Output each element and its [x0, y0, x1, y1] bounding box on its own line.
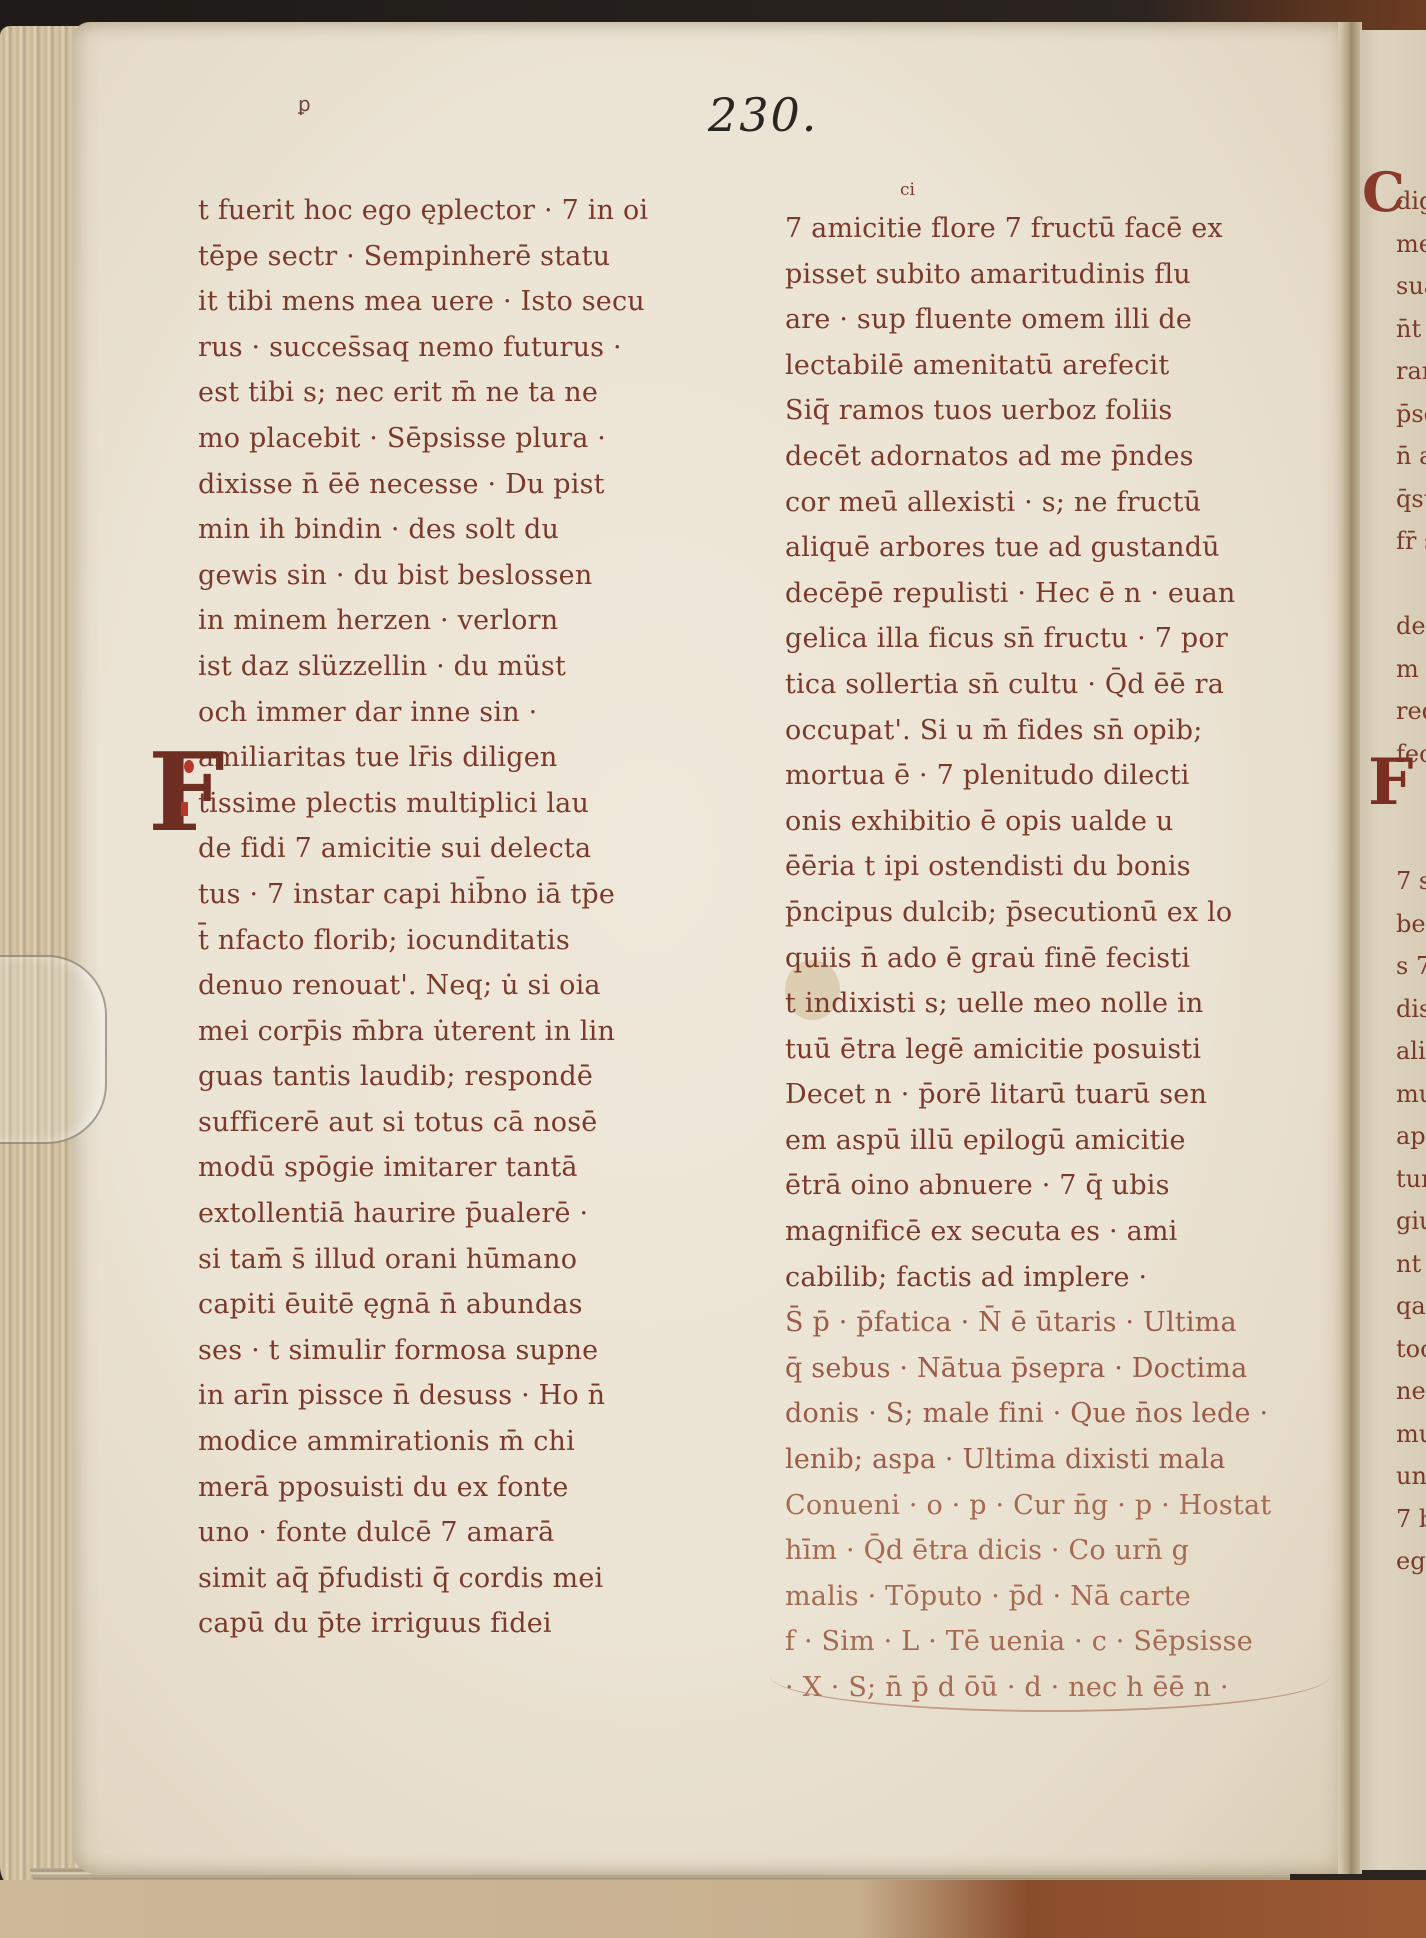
next-page-fragment: digramei desuā 7 on̄t earare 7p̄sequn̄ a… [1360, 30, 1426, 1870]
rubric-line: malis · Tōputo · p̄d · Nā carte [785, 1574, 1345, 1620]
text-line: cabilib; factis ad implere · [785, 1255, 1345, 1301]
next-page-line [1366, 563, 1426, 606]
text-line: modice ammirationis m̄ chi [198, 1419, 758, 1465]
text-line: tica sollertia sn̄ cultu · Q̄d ēē ra [785, 662, 1345, 708]
next-page-line: giust [1366, 1200, 1426, 1243]
text-line: in minem herzen · verlorn [198, 598, 758, 644]
text-line: modū spōgie imitarer tantā [198, 1145, 758, 1191]
next-page-initial-f: F [1368, 745, 1413, 820]
text-line: it tibi mens mea uere · Isto secu [198, 279, 758, 325]
next-page-line: ture [1366, 1158, 1426, 1201]
rubric-line: q̄ sebus · Nātua p̄sepra · Doctima [785, 1346, 1345, 1392]
text-line: ses · t simulir formosa supne [198, 1328, 758, 1374]
text-line: ēēria t ipi ostendisti du bonis [785, 844, 1345, 890]
text-line: simit aq̄ p̄fudisti q̄ cordis mei [198, 1556, 758, 1602]
next-page-line: m · 7 pl [1366, 648, 1426, 691]
text-line: extollentiā haurire p̄ualerē · [198, 1191, 758, 1237]
text-line: si tam̄ s̄ illud orani hūmano [198, 1237, 758, 1283]
text-line: tēpe sectr · Sempinherē statu [198, 234, 758, 280]
next-page-line [1366, 818, 1426, 861]
next-page-line: beter [1366, 903, 1426, 946]
text-line: 7 amicitie flore 7 fructū facē ex [785, 206, 1345, 252]
text-line: pisset subito amaritudinis flu [785, 252, 1345, 298]
interlinear-gloss: ci [900, 180, 915, 200]
next-page-line: s 7 omi [1366, 945, 1426, 988]
text-line: cor meū allexisti · s; ne fructū [785, 480, 1345, 526]
text-line: merā pposuisti du ex fonte [198, 1465, 758, 1511]
text-line: tissime plectis multiplici lau [198, 781, 758, 827]
text-line: magnificē ex secuta es · ami [785, 1209, 1345, 1255]
next-page-line: toc [1366, 1328, 1426, 1371]
next-page-line: fr̄ su [1366, 520, 1426, 563]
text-line: rus · succes̄saq nemo futurus · [198, 325, 758, 371]
text-line: min ih bindin · des solt du [198, 507, 758, 553]
text-line: in arīn pissce n̄ desuss · Ho n̄ [198, 1373, 758, 1419]
text-line: Siq̄ ramos tuos uerboz foliis [785, 388, 1345, 434]
text-line: uno · fonte dulcē 7 amarā [198, 1510, 758, 1556]
text-line: tuū ētra legē amicitie posuisti [785, 1027, 1345, 1073]
next-page-line: apari [1366, 1115, 1426, 1158]
text-line: sufficerē aut si totus cā nosē [198, 1100, 758, 1146]
next-page-line: ne [1366, 1370, 1426, 1413]
text-line: guas tantis laudib; respondē [198, 1054, 758, 1100]
next-page-line: suā 7 o [1366, 265, 1426, 308]
backdrop-bottom [0, 1880, 1426, 1938]
text-line: t indixisti s; uelle meo nolle in [785, 981, 1345, 1027]
text-line: de fidi 7 amicitie sui delecta [198, 826, 758, 872]
text-line: t̄ nfacto florib; iocunditatis [198, 918, 758, 964]
text-line: tus · 7 instar capi hib̄no iā tp̄e [198, 872, 758, 918]
right-text-column: 7 amicitie flore 7 fructū facē expisset … [785, 206, 1345, 1711]
text-line: Decet n · p̄orē litarū tuarū sen [785, 1072, 1345, 1118]
text-line: dixisse n̄ ēē necesse · Du pist [198, 462, 758, 508]
text-line: aliquē arbores tue ad gustandū [785, 525, 1345, 571]
text-line: mortua ē · 7 plenitudo dilecti [785, 753, 1345, 799]
next-page-initial-c: C [1362, 160, 1405, 224]
next-page-line: dise [1366, 988, 1426, 1031]
text-line: are · sup fluente omem illi de [785, 297, 1345, 343]
text-line: capū du p̄te irriguus fidei [198, 1601, 758, 1647]
next-page-line: rare 7 [1366, 350, 1426, 393]
pen-flourish-line [770, 1640, 1330, 1712]
text-line: em aspū illū epilogū amicitie [785, 1118, 1345, 1164]
rubric-line: hīm · Q̄d ētra dicis · Co urn̄ g [785, 1528, 1345, 1574]
next-page-line: n̄ abb [1366, 435, 1426, 478]
text-line: capiti ēuitē ęgnā n̄ abundas [198, 1282, 758, 1328]
rubric-line: donis · S; male fini · Que n̄os lede · [785, 1391, 1345, 1437]
next-page-line: mus [1366, 1073, 1426, 1116]
text-line: decēpē repulisti · Hec ē n · euan [785, 571, 1345, 617]
next-page-line: deber [1366, 605, 1426, 648]
folio-number: 230. [708, 88, 818, 142]
text-line: t fuerit hoc ego ęplector · 7 in oi [198, 188, 758, 234]
text-line: ist daz slüzzellin · du müst [198, 644, 758, 690]
page-clip-holder [0, 955, 107, 1144]
text-line: mo placebit · Sēpsisse plura · [198, 416, 758, 462]
text-line: amiliaritas tue lr̄is diligen [198, 735, 758, 781]
red-dot-ornament [184, 760, 194, 773]
top-margin-mark: ꝑ [298, 92, 311, 116]
next-page-line: nt e [1366, 1243, 1426, 1286]
next-page-line: mu [1366, 1413, 1426, 1456]
decorated-initial-f: F [148, 738, 225, 848]
next-page-line: eg [1366, 1540, 1426, 1583]
next-page-line: p̄sequ [1366, 393, 1426, 436]
text-line: est tibi s; nec erit m̄ ne ta ne [198, 370, 758, 416]
next-page-text: digramei desuā 7 on̄t earare 7p̄sequn̄ a… [1366, 180, 1426, 1583]
next-page-line: uni [1366, 1455, 1426, 1498]
next-page-line: n̄t ea [1366, 308, 1426, 351]
text-line: lectabilē amenitatū arefecit [785, 343, 1345, 389]
next-page-line: 7 sep [1366, 860, 1426, 903]
next-page-line: mei de [1366, 223, 1426, 266]
rubric-line: S̄ p̄ · p̄fatica · N̄ ē ūtaris · Ultima [785, 1300, 1345, 1346]
rubric-line: lenib; aspa · Ultima dixisti mala [785, 1437, 1345, 1483]
text-line: denuo renouat'. Neq; u̇ si oia [198, 963, 758, 1009]
next-page-line: alin [1366, 1030, 1426, 1073]
text-line: quiis n̄ ado ē grau̇ finē fecisti [785, 936, 1345, 982]
text-line: decēt adornatos ad me p̄ndes [785, 434, 1345, 480]
rubric-line: Conueni · o · p · Cur n̄g · p · Hostat [785, 1483, 1345, 1529]
next-page-line: reddi p [1366, 690, 1426, 733]
text-line: mei corp̄is m̄bra u̇terent in lin [198, 1009, 758, 1055]
next-page-line: q̄st ē [1366, 478, 1426, 521]
text-line: och immer dar inne sin · [198, 690, 758, 736]
left-text-column: t fuerit hoc ego ęplector · 7 in oitēpe … [198, 188, 758, 1647]
text-line: gewis sin · du bist beslossen [198, 553, 758, 599]
text-line: ētrā oino abnuere · 7 q̄ ubis [785, 1163, 1345, 1209]
next-page-line: 7 b [1366, 1498, 1426, 1541]
initial-letter: F [148, 730, 225, 856]
next-page-line: qa d [1366, 1285, 1426, 1328]
text-line: onis exhibitio ē opis ualde u [785, 799, 1345, 845]
text-line: occupat'. Si u m̄ fides sn̄ opib; [785, 708, 1345, 754]
text-line: p̄ncipus dulcib; p̄secutionū ex lo [785, 890, 1345, 936]
red-stroke-ornament [181, 802, 188, 816]
text-line: gelica illa ficus sn̄ fructu · 7 por [785, 616, 1345, 662]
